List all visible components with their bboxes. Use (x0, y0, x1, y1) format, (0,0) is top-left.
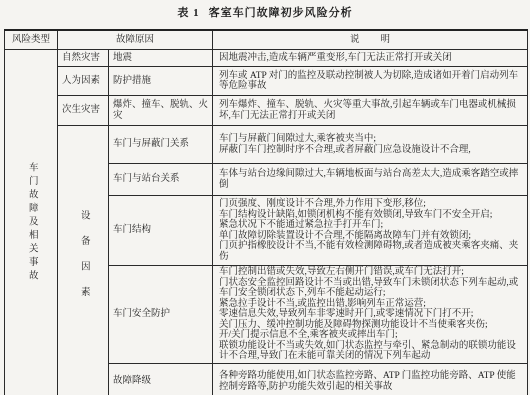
description-cell: 因地震冲击,造成车辆严重变形,车门无法正常打开或关闭 (213, 50, 528, 67)
cause-cell: 车门结构 (109, 196, 213, 266)
risk-type-group-label: 车门故障及相关事故 (26, 162, 36, 284)
equipment-group-label: 设备因素 (78, 210, 88, 312)
cause-cell: 车门安全防护 (109, 266, 213, 364)
category-cell: 人为因素 (58, 67, 109, 96)
description-cell: 车体与站台边缘间隙过大,车辆地板面与站台高差太大,造成乘客踏空或摔倒 (213, 164, 528, 196)
description-cell: 各种旁路功能使用,如门状态监控旁路、ATP 门监控功能旁路、ATP 使能控制旁路… (213, 363, 528, 395)
cause-cell: 车门与站台关系 (109, 164, 213, 196)
cause-cell: 防护措施 (109, 67, 213, 96)
description-cell: 列车爆炸、撞车、脱轨、火灾等重大事故,引起车辆或车门电器或机械损坏,车门无法正常… (213, 96, 528, 126)
header-risk-type: 风险类型 (5, 30, 58, 50)
description-cell: 门页强度、刚度设计不合理,外力作用下变形,移位; 车门结构设计缺陷,如锁闭机构不… (213, 196, 528, 266)
risk-analysis-table: 风险类型 故障原因 说明 车门故障及相关事故 自然灾害 地震 因地震冲击,造成车… (4, 29, 528, 395)
table-row: 次生灾害 爆炸、撞车、脱轨、火灾 列车爆炸、撞车、脱轨、火灾等重大事故,引起车辆… (5, 96, 528, 126)
risk-type-group-cell: 车门故障及相关事故 (5, 50, 58, 395)
header-description: 说明 (213, 30, 528, 50)
cause-cell: 爆炸、撞车、脱轨、火灾 (109, 96, 213, 126)
header-row: 风险类型 故障原因 说明 (5, 30, 528, 50)
description-cell: 车门控制出错或失效,导致左右侧开门错误,或车门无法打开; 门状态安全监控回路设计… (213, 266, 528, 364)
description-cell: 车门与屏蔽门间隙过大,乘客被夹当中; 屏蔽门车门控制时序不合理,或者屏蔽门应急设… (213, 126, 528, 164)
table-caption: 表 1客室车门故障初步风险分析 (0, 4, 530, 20)
cause-cell: 地震 (109, 50, 213, 67)
table-caption-title: 客室车门故障初步风险分析 (209, 7, 353, 19)
table-caption-number: 表 1 (177, 7, 199, 19)
category-cell: 次生灾害 (58, 96, 109, 126)
category-cell: 自然灾害 (58, 50, 109, 67)
description-cell: 列车或 ATP 对门的监控及联动控制被人为切除,造成诸如开着门启动列车等危险事故 (213, 67, 528, 96)
equipment-group-cell: 设备因素 (58, 126, 109, 395)
table-row: 车门故障及相关事故 自然灾害 地震 因地震冲击,造成车辆严重变形,车门无法正常打… (5, 50, 528, 67)
table-row: 设备因素 车门与屏蔽门关系 车门与屏蔽门间隙过大,乘客被夹当中; 屏蔽门车门控制… (5, 126, 528, 164)
cause-cell: 车门与屏蔽门关系 (109, 126, 213, 164)
header-cause: 故障原因 (58, 30, 213, 50)
cause-cell: 故障降级 (109, 363, 213, 395)
table-row: 人为因素 防护措施 列车或 ATP 对门的监控及联动控制被人为切除,造成诸如开着… (5, 67, 528, 96)
